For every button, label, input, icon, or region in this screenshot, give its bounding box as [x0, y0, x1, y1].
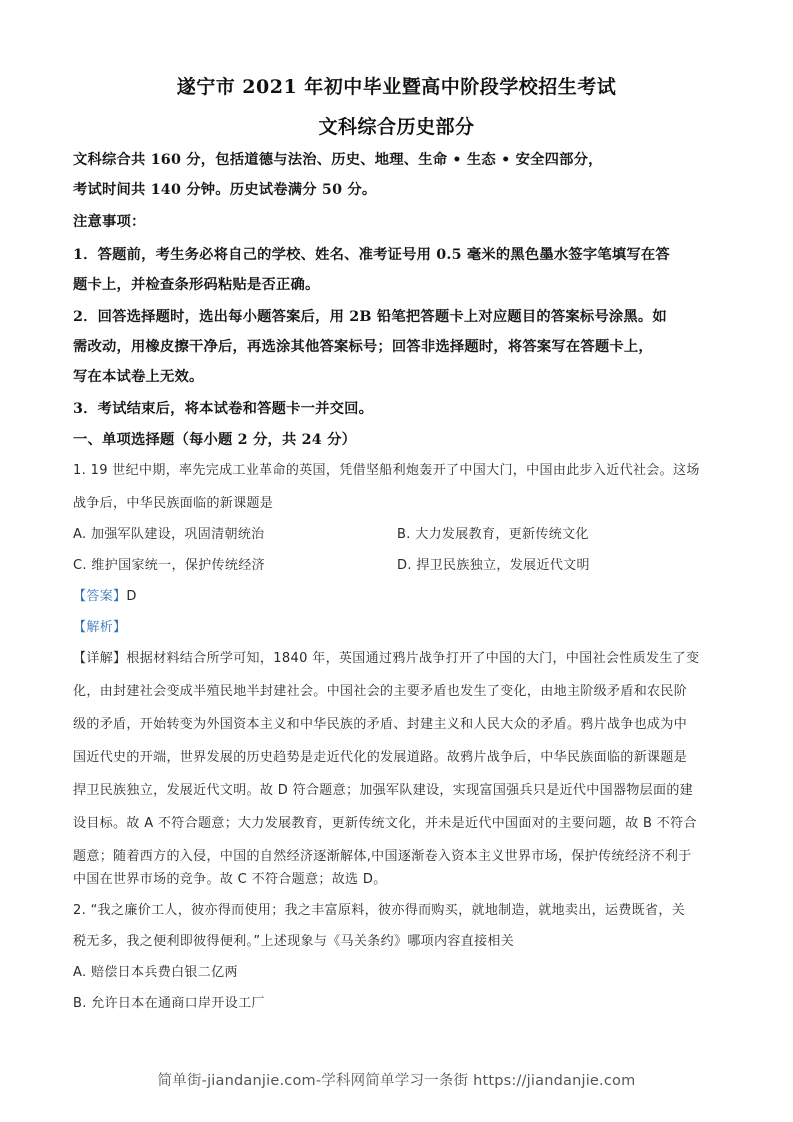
question-2-stem-line-2: 税无多，我之便利即彼得便利。”上述现象与《马关条约》哪项内容直接相关 [73, 932, 514, 952]
detail-line-6: 设目标。故 A 不符合题意；大力发展教育，更新传统文化，并未是近代中国面对的主要… [73, 814, 697, 834]
intro-line-1: 文科综合共 160 分，包括道德与法治、历史、地理、生命 • 生态 • 安全四部… [73, 150, 603, 170]
notice-line-2: 题卡上，并检查条形码粘贴是否正确。 [73, 275, 319, 295]
detail-line-2: 化，由封建社会变成半殖民地半封建社会。中国社会的主要矛盾也发生了变化，由地主阶级… [73, 682, 687, 702]
intro-line-2: 考试时间共 140 分钟。历史试卷满分 50 分。 [73, 180, 376, 200]
question-1-option-a: A. 加强军队建设，巩固清朝统治 [73, 525, 265, 545]
answer-label: 【答案】 [73, 589, 126, 604]
question-1-stem-line-1: 1. 19 世纪中期，率先完成工业革命的英国，凭借坚船利炮轰开了中国大门，中国由… [73, 461, 700, 481]
analysis-label: 【解析】 [73, 618, 126, 638]
question-1-answer: 【答案】D [73, 587, 137, 607]
detail-line-5: 捍卫民族独立，发展近代文明。故 D 符合题意；加强军队建设，实现富国强兵只是近代… [73, 781, 693, 801]
question-2-stem-line-1: 2. “我之廉价工人，彼亦得而使用；我之丰富原料，彼亦得而购买，就地制造，就地卖… [73, 901, 685, 921]
notice-line-1: 1．答题前，考生务必将自己的学校、姓名、准考证号用 0.5 毫米的黑色墨水签字笔… [73, 245, 670, 265]
notice-line-3: 2．回答选择题时，选出每小题答案后，用 2B 铅笔把答题卡上对应题目的答案标号涂… [73, 307, 667, 327]
notice-heading: 注意事项： [73, 212, 145, 232]
page-footer-watermark: 简单街-jiandanjie.com-学科网简单学习一条街 https://ji… [0, 1069, 793, 1090]
notice-line-5: 写在本试卷上无效。 [73, 367, 203, 387]
question-1-option-d: D. 捍卫民族独立，发展近代文明 [397, 556, 590, 576]
section-heading: 一、单项选择题（每小题 2 分，共 24 分） [73, 430, 356, 450]
detail-line-7: 题意；随着西方的入侵，中国的自然经济逐渐解体,中国逐渐卷入资本主义世界市场，保护… [73, 847, 692, 867]
question-1-option-c: C. 维护国家统一，保护传统经济 [73, 556, 265, 576]
detail-line-1: 【详解】根据材料结合所学可知，1840 年，英国通过鸦片战争打开了中国的大门，中… [73, 649, 699, 669]
document-title: 遂宁市 2021 年初中毕业暨高中阶段学校招生考试 [0, 72, 793, 99]
detail-line-4: 国近代史的开端，世界发展的历史趋势是走近代化的发展道路。故鸦片战争后，中华民族面… [73, 748, 687, 768]
document-subtitle: 文科综合历史部分 [0, 112, 793, 139]
question-2-option-a: A. 赔偿日本兵费白银二亿两 [73, 963, 238, 983]
exam-page: 遂宁市 2021 年初中毕业暨高中阶段学校招生考试 文科综合历史部分 文科综合共… [0, 0, 793, 1122]
answer-value: D [126, 589, 136, 604]
detail-line-3: 级的矛盾，开始转变为外国资本主义和中华民族的矛盾、封建主义和人民大众的矛盾。鸦片… [73, 715, 687, 735]
notice-line-4: 需改动，用橡皮擦干净后，再选涂其他答案标号；回答非选择题时，将答案写在答题卡上， [73, 337, 653, 357]
notice-line-6: 3．考试结束后，将本试卷和答题卡一并交回。 [73, 399, 373, 419]
question-1-option-b: B. 大力发展教育，更新传统文化 [397, 525, 589, 545]
detail-line-8: 中国在世界市场的竞争。故 C 不符合题意；故选 D。 [73, 870, 387, 890]
question-2-option-b: B. 允许日本在通商口岸开设工厂 [73, 994, 265, 1014]
question-1-stem-line-2: 战争后，中华民族面临的新课题是 [73, 494, 273, 514]
